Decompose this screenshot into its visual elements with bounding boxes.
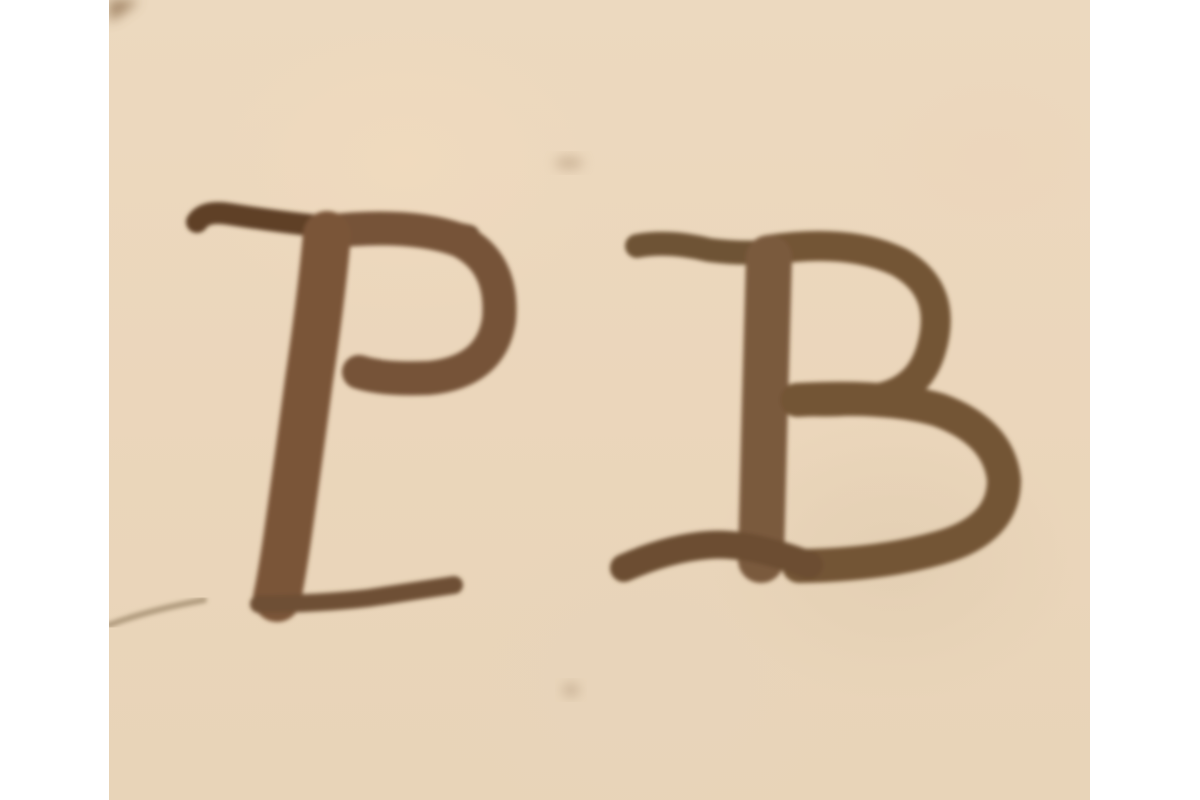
letter-b (624, 244, 1004, 568)
faint-stroke (109, 600, 204, 625)
ink-speck-top (555, 157, 583, 169)
photo-frame: PB (109, 0, 1090, 800)
handwriting-ink (109, 0, 1090, 800)
corner-ink-smudge (109, 0, 139, 22)
ink-speck-bottom (563, 684, 579, 696)
letter-p (197, 213, 500, 604)
